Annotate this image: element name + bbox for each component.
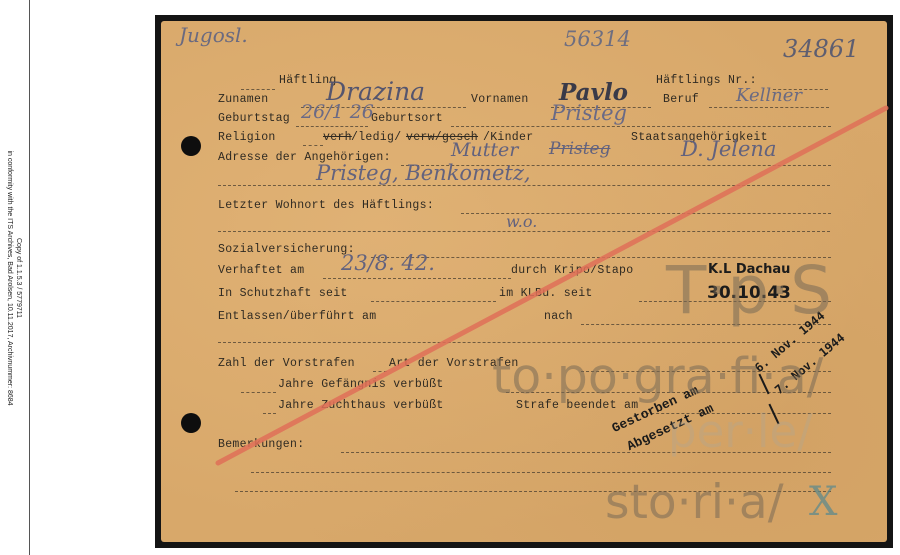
watermark-line1: T·p·S — [666, 258, 832, 324]
watermark-line4: sto·ri·a/ — [605, 478, 784, 528]
watermark-line2: to·po·gra·fi·a/ — [492, 352, 823, 402]
watermark-line3: per·le/ — [668, 408, 812, 456]
